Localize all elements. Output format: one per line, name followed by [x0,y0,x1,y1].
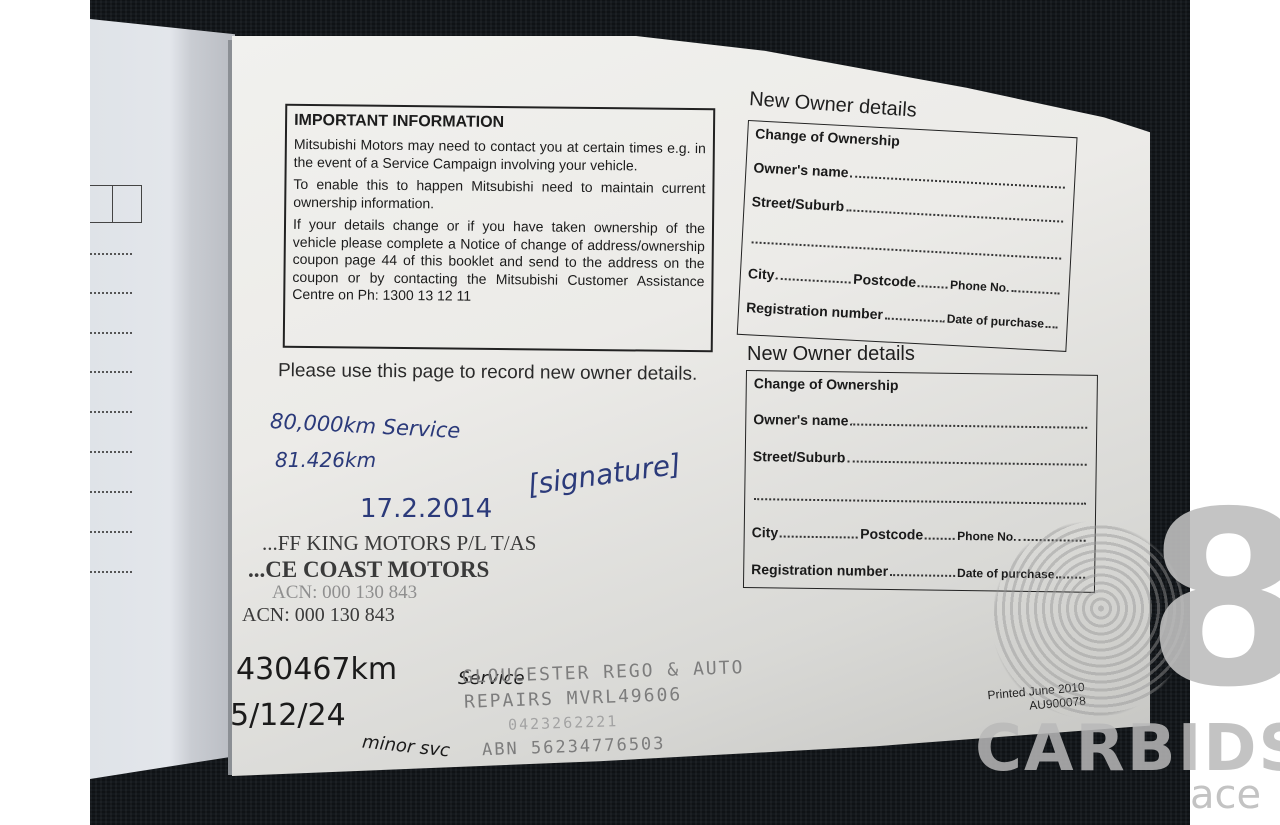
postcode-field[interactable] [918,275,949,289]
important-information-box: IMPORTANT INFORMATION Mitsubishi Motors … [283,104,716,352]
owner-name-label: Owner's name [753,411,848,428]
street-field[interactable] [846,199,1064,222]
date-field[interactable] [1046,316,1058,329]
city-label: City [752,524,779,540]
owner-name-field[interactable] [850,165,1065,188]
handwritten-date: 5/12/24 [230,698,346,733]
left-page-box [90,185,142,223]
section-label: Change of Ownership [754,375,899,393]
new-owner-form-1: Change of Ownership Owner's name Street/… [737,120,1078,352]
dotted-line [90,369,132,373]
registration-field[interactable] [885,307,946,322]
section-label: Change of Ownership [755,125,900,149]
dotted-line [90,489,132,493]
postcode-label: Postcode [853,271,917,290]
info-title: IMPORTANT INFORMATION [294,112,706,134]
phone-label: Phone No. [950,278,1010,295]
info-paragraph: If your details change or if you have ta… [292,216,705,308]
owner-name-label: Owner's name [753,159,849,180]
phone-field[interactable] [1011,280,1060,295]
postcode-label: Postcode [860,526,923,543]
handwritten-date: 17.2.2014 [360,494,492,524]
city-field[interactable] [776,268,852,284]
dotted-line [90,251,132,255]
new-owner-heading: New Owner details [747,343,915,366]
dotted-line [90,330,132,334]
watermark-tagline: ace [1190,772,1261,818]
handwritten-odometer: 430467km [236,652,397,687]
info-paragraph: To enable this to happen Mitsubishi need… [293,176,705,215]
street-field-line2[interactable] [752,231,1062,259]
phone-label: Phone No. [957,529,1017,544]
postcode-field[interactable] [925,528,955,540]
dotted-line [90,449,132,453]
registration-field[interactable] [890,564,955,577]
handwritten-odometer: 81.426km [275,448,376,472]
workshop-stamp-line: 0423262221 [508,712,619,734]
registration-label: Registration number [751,561,888,579]
registration-label: Registration number [746,299,884,322]
date-label: Date of purchase [946,312,1044,331]
left-page [90,19,235,779]
city-label: City [748,265,775,282]
dealer-stamp-line: ACN: 000 130 843 [272,582,417,604]
street-label: Street/Suburb [751,193,844,214]
dealer-stamp-line: ...FF KING MOTORS P/L T/AS [262,531,536,556]
street-label: Street/Suburb [753,448,846,465]
watermark-logo: 8 [1145,480,1280,720]
dealer-stamp-line: ACN: 000 130 843 [242,604,395,627]
street-field-line2[interactable] [754,488,1086,505]
owner-name-field[interactable] [850,413,1087,428]
dealer-stamp-line: ...CE COAST MOTORS [248,557,489,583]
record-instruction: Please use this page to record new owner… [278,360,716,386]
street-field[interactable] [847,450,1087,465]
dotted-line [90,290,132,294]
dotted-line [90,409,132,413]
city-field[interactable] [780,525,858,538]
info-paragraph: Mitsubishi Motors may need to contact yo… [294,136,706,175]
dotted-line [90,569,132,573]
dotted-line [90,529,132,533]
